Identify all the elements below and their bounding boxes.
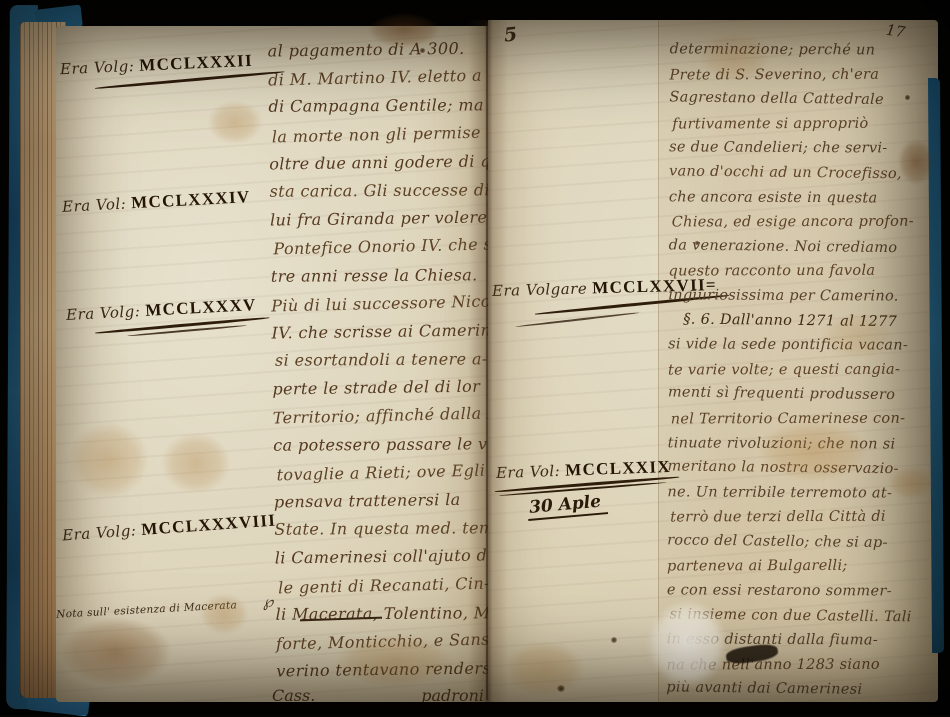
- right-page-text-column: determinazione; perché unPrete di S. Sev…: [666, 37, 937, 702]
- marginal-footnote: Nota sull' esistenza di Macerata℘: [56, 592, 274, 621]
- era-numeral: MCCLXXIX: [565, 457, 671, 480]
- text-line: ne. Un terribile terremoto at-: [667, 480, 935, 506]
- line-start-word: Cass.: [272, 686, 315, 702]
- text-line: si vide la sede pontificia vacan-: [668, 332, 936, 358]
- text-line: tinuate rivoluzioni; che non si: [668, 431, 936, 457]
- era-prefix: Era Volgare: [492, 279, 588, 299]
- underline-stroke: [515, 312, 639, 328]
- text-line: State. In questa med. tem-: [274, 514, 488, 544]
- text-line: di M. Martino IV. eletto a Car.: [268, 62, 485, 95]
- text-line: Pontefice Onorio IV. che solo: [273, 231, 487, 264]
- text-line: la morte non gli permise: [272, 118, 486, 151]
- text-line: §. 6. Dall'anno 1271 al 1277: [671, 307, 936, 335]
- text-line-last: Cass. padroni: [272, 686, 488, 702]
- text-line: questo racconto una favola: [668, 259, 936, 285]
- text-line: rocco del Castello; che si ap-: [667, 528, 935, 556]
- text-line: determinazione; perché un: [670, 37, 938, 63]
- text-line: più avanti dai Camerinesi: [666, 676, 934, 702]
- era-numeral: MCCLXXXVIII: [141, 511, 277, 539]
- text-line: Più di lui successore Nicolò: [271, 287, 488, 320]
- text-line: Territorio; affinché dalla Mar-: [272, 400, 488, 433]
- text-line: si insieme con due Castelli. Tali: [670, 602, 935, 630]
- date-note-30-april: 30 Aple: [526, 491, 608, 521]
- era-prefix: Era Volg:: [60, 57, 135, 78]
- text-line: na che nell'anno 1283 siano: [666, 652, 934, 678]
- text-line: Chiesa, ed esige ancora profon-: [672, 210, 937, 236]
- text-line: tre anni resse la Chiesa.: [271, 261, 487, 291]
- margin-note-era-1285: Era Volg:MCCLXXXV: [66, 295, 258, 325]
- paraph-flourish-icon: ℘: [262, 592, 274, 611]
- margin-note-era-1279: Era Vol:MCCLXXIX 30 Aple: [496, 457, 672, 483]
- text-line: ca potessero passare le vet-: [273, 430, 488, 460]
- right-page: 5 17 Era VolgareMCCLXXVII= Era Vol:MCCLX…: [488, 20, 938, 702]
- text-line: verino tentavano rendersi: [276, 655, 488, 686]
- text-line: in esso distanti dalla fiuma-: [667, 628, 935, 654]
- text-line: se due Candelieri; che servi-: [669, 136, 937, 162]
- text-line: al pagamento di A 300.: [267, 35, 483, 66]
- text-line: nel Territorio Camerinese con-: [671, 406, 936, 432]
- era-prefix: Era Vol:: [62, 195, 127, 216]
- text-line: di Campagna Gentile; ma: [268, 92, 484, 122]
- text-line: perte le strade del di lor: [272, 373, 488, 404]
- footnote-text: Nota sull' esistenza di Macerata: [56, 599, 237, 620]
- text-line: e con essi restarono sommer-: [667, 578, 935, 604]
- text-line: IV. che scrisse ai Camerine-: [271, 316, 487, 347]
- text-line: Prete di S. Severino, ch'era: [670, 62, 938, 88]
- text-line: sta carica. Gli successe di: [270, 176, 486, 206]
- text-line: tovaglie a Rieti; ove Egli: [276, 456, 488, 489]
- era-numeral: MCCLXXXII: [139, 51, 253, 75]
- text-line: si esortandoli a tenere a-: [275, 345, 488, 375]
- text-line: parteneva ai Bulgarelli;: [667, 554, 935, 580]
- text-line: furtivamente si appropriò: [672, 111, 937, 137]
- left-page: Era Volg:MCCLXXXII Era Vol:MCCLXXXIV Era…: [56, 26, 488, 702]
- text-line: oltre due anni godere di que-: [269, 147, 485, 178]
- text-line: forte, Monticchio, e Sanse-: [276, 625, 488, 658]
- text-line: meritano la nostra osservazio-: [667, 454, 935, 482]
- era-prefix: Era Volg:: [66, 302, 141, 324]
- era-prefix: Era Volg:: [62, 521, 137, 544]
- page-fold-line: [486, 22, 488, 700]
- text-line: che ancora esiste in questa: [669, 185, 937, 211]
- text-line: le genti di Recanati, Cin-: [278, 569, 488, 602]
- text-line: pensava trattenersi la: [274, 485, 488, 516]
- manuscript-book: Era Volg:MCCLXXXII Era Vol:MCCLXXXIV Era…: [0, 0, 950, 715]
- text-line: lui fra Giranda per volere del: [270, 204, 486, 235]
- text-line: li Camerinesi coll'ajuto del-: [275, 542, 488, 573]
- margin-note-era-1288: Era Volg:MCCLXXXVIII: [62, 511, 277, 546]
- era-numeral: MCCLXXXIV: [131, 187, 251, 212]
- text-line: da venerazione. Noi crediamo: [669, 233, 937, 261]
- margin-note-era-1284: Era Vol:MCCLXXXIV: [62, 187, 251, 217]
- text-line: ingiuriosissima per Camerino.: [668, 283, 936, 309]
- quire-mark: 5: [503, 23, 518, 46]
- text-line: Sagrestano della Cattedrale: [669, 86, 937, 114]
- catchword: padroni: [421, 686, 484, 702]
- text-line: menti sì frequenti produssero: [668, 381, 936, 409]
- text-line: te varie volte; e questi cangia-: [668, 357, 936, 383]
- text-line: li Macerata, Tolentino, Mon-: [275, 599, 488, 629]
- text-line: terrò due terzi della Città di: [670, 505, 935, 531]
- margin-note-era-1282: Era Volg:MCCLXXXII: [60, 51, 254, 79]
- left-page-text-column: al pagamento di A 300.di M. Martino IV. …: [267, 35, 488, 686]
- text-line: vano d'occhi ad un Crocefisso,: [669, 159, 937, 187]
- era-prefix: Era Vol:: [496, 462, 561, 482]
- era-numeral: MCCLXXXV: [145, 295, 257, 320]
